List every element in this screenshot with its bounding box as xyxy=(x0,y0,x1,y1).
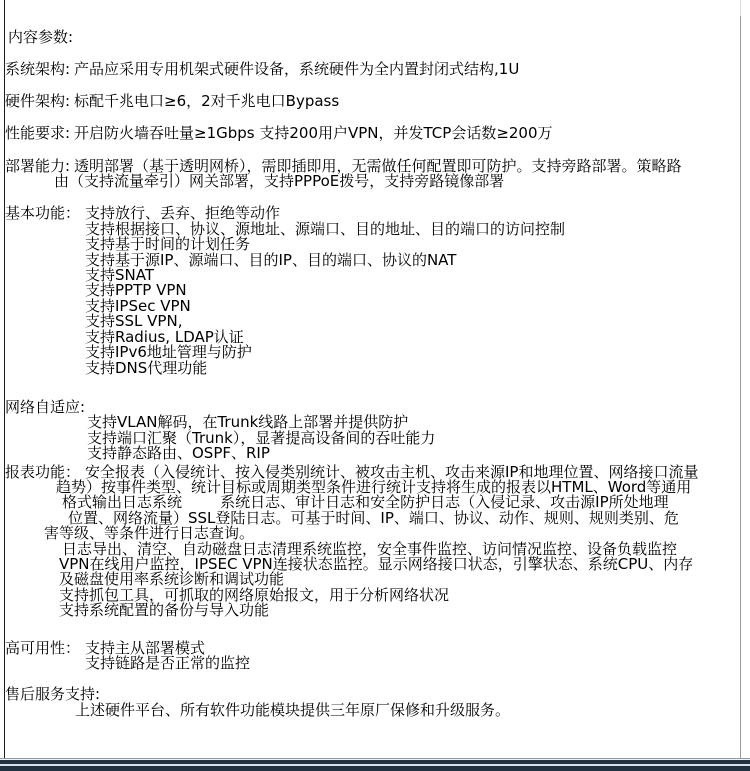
section-label: 性能要求: xyxy=(5,126,70,141)
section-label: 高可用性： xyxy=(5,641,80,656)
section-network-adaptive: 网络自适应:支持VLAN解码，在Trunk线路上部署并提供防护支持端口汇聚（Tr… xyxy=(0,400,744,462)
line-text: 支持链路是否正常的监控 xyxy=(85,654,250,672)
text-line: 由（支持流量牵引）网关部署，支持PPPoE拨号，支持旁路镜像部署 xyxy=(0,174,744,189)
line-text: 网络自适应: xyxy=(5,398,85,416)
document-page: 内容参数:系统架构:产品应采用专用机架式硬件设备，系统硬件为全内置封闭式结构,1… xyxy=(0,0,750,771)
document-content: 内容参数:系统架构:产品应采用专用机架式硬件设备，系统硬件为全内置封闭式结构,1… xyxy=(0,30,744,718)
line-text: 支持系统配置的备份与导入功能 xyxy=(59,601,269,619)
line-text: 由（支持流量牵引）网关部署，支持PPPoE拨号，支持旁路镜像部署 xyxy=(54,172,504,190)
line-text: 支持静态路由、OSPF、RIP xyxy=(87,444,270,462)
text-line: 系统架构:产品应采用专用机架式硬件设备，系统硬件为全内置封闭式结构,1U xyxy=(0,62,744,77)
line-text: 开启防火墙吞吐量≥1Gbps 支持200用户VPN，并发TCP会话数≥200万 xyxy=(74,124,553,142)
section-performance: 性能要求:开启防火墙吞吐量≥1Gbps 支持200用户VPN，并发TCP会话数≥… xyxy=(0,126,744,141)
section-hardware-arch: 硬件架构:标配千兆电口≥6，2对千兆电口Bypass xyxy=(0,94,744,109)
line-text: 支持DNS代理功能 xyxy=(85,359,207,377)
section-system-arch: 系统架构:产品应采用专用机架式硬件设备，系统硬件为全内置封闭式结构,1U xyxy=(0,62,744,77)
section-label: 基本功能： xyxy=(5,206,80,221)
section-content-params: 内容参数: xyxy=(0,30,744,45)
text-line: 内容参数: xyxy=(0,30,744,45)
text-line: 支持链路是否正常的监控 xyxy=(0,656,744,671)
section-label: 硬件架构: xyxy=(5,94,70,109)
line-text: 内容参数: xyxy=(8,28,73,46)
line-text: 标配千兆电口≥6，2对千兆电口Bypass xyxy=(74,92,339,110)
text-line: 支持静态路由、OSPF、RIP xyxy=(0,446,744,461)
line-text: 上述硬件平台、所有软件功能模块提供三年原厂保修和升级服务。 xyxy=(75,701,510,719)
text-line: 硬件架构:标配千兆电口≥6，2对千兆电口Bypass xyxy=(0,94,744,109)
section-label: 系统架构: xyxy=(5,62,70,77)
section-high-availability: 高可用性：支持主从部署模式支持链路是否正常的监控 xyxy=(0,641,744,672)
text-line: 上述硬件平台、所有软件功能模块提供三年原厂保修和升级服务。 xyxy=(0,703,744,718)
window-bottom-bar xyxy=(0,758,750,771)
text-line: 支持系统配置的备份与导入功能 xyxy=(0,603,744,618)
line-text: 产品应采用专用机架式硬件设备，系统硬件为全内置封闭式结构,1U xyxy=(74,60,519,78)
bottom-bar-dark-band xyxy=(0,766,750,771)
section-deployment: 部署能力:透明部署（基于透明网桥），需即插即用，无需做任何配置即可防护。支持旁路… xyxy=(0,159,744,190)
text-line: 支持DNS代理功能 xyxy=(0,361,744,376)
section-basic-features: 基本功能：支持放行、丢弃、拒绝等动作支持根据接口、协议、源地址、源端口、目的地址… xyxy=(0,206,744,375)
text-line: 性能要求:开启防火墙吞吐量≥1Gbps 支持200用户VPN，并发TCP会话数≥… xyxy=(0,126,744,141)
section-after-sales: 售后服务支持:上述硬件平台、所有软件功能模块提供三年原厂保修和升级服务。 xyxy=(0,687,744,718)
section-reporting: 报表功能：安全报表（入侵统计、按入侵类别统计、被攻击主机、攻击来源IP和地理位置… xyxy=(0,465,744,619)
page-right-border-top xyxy=(740,0,741,16)
